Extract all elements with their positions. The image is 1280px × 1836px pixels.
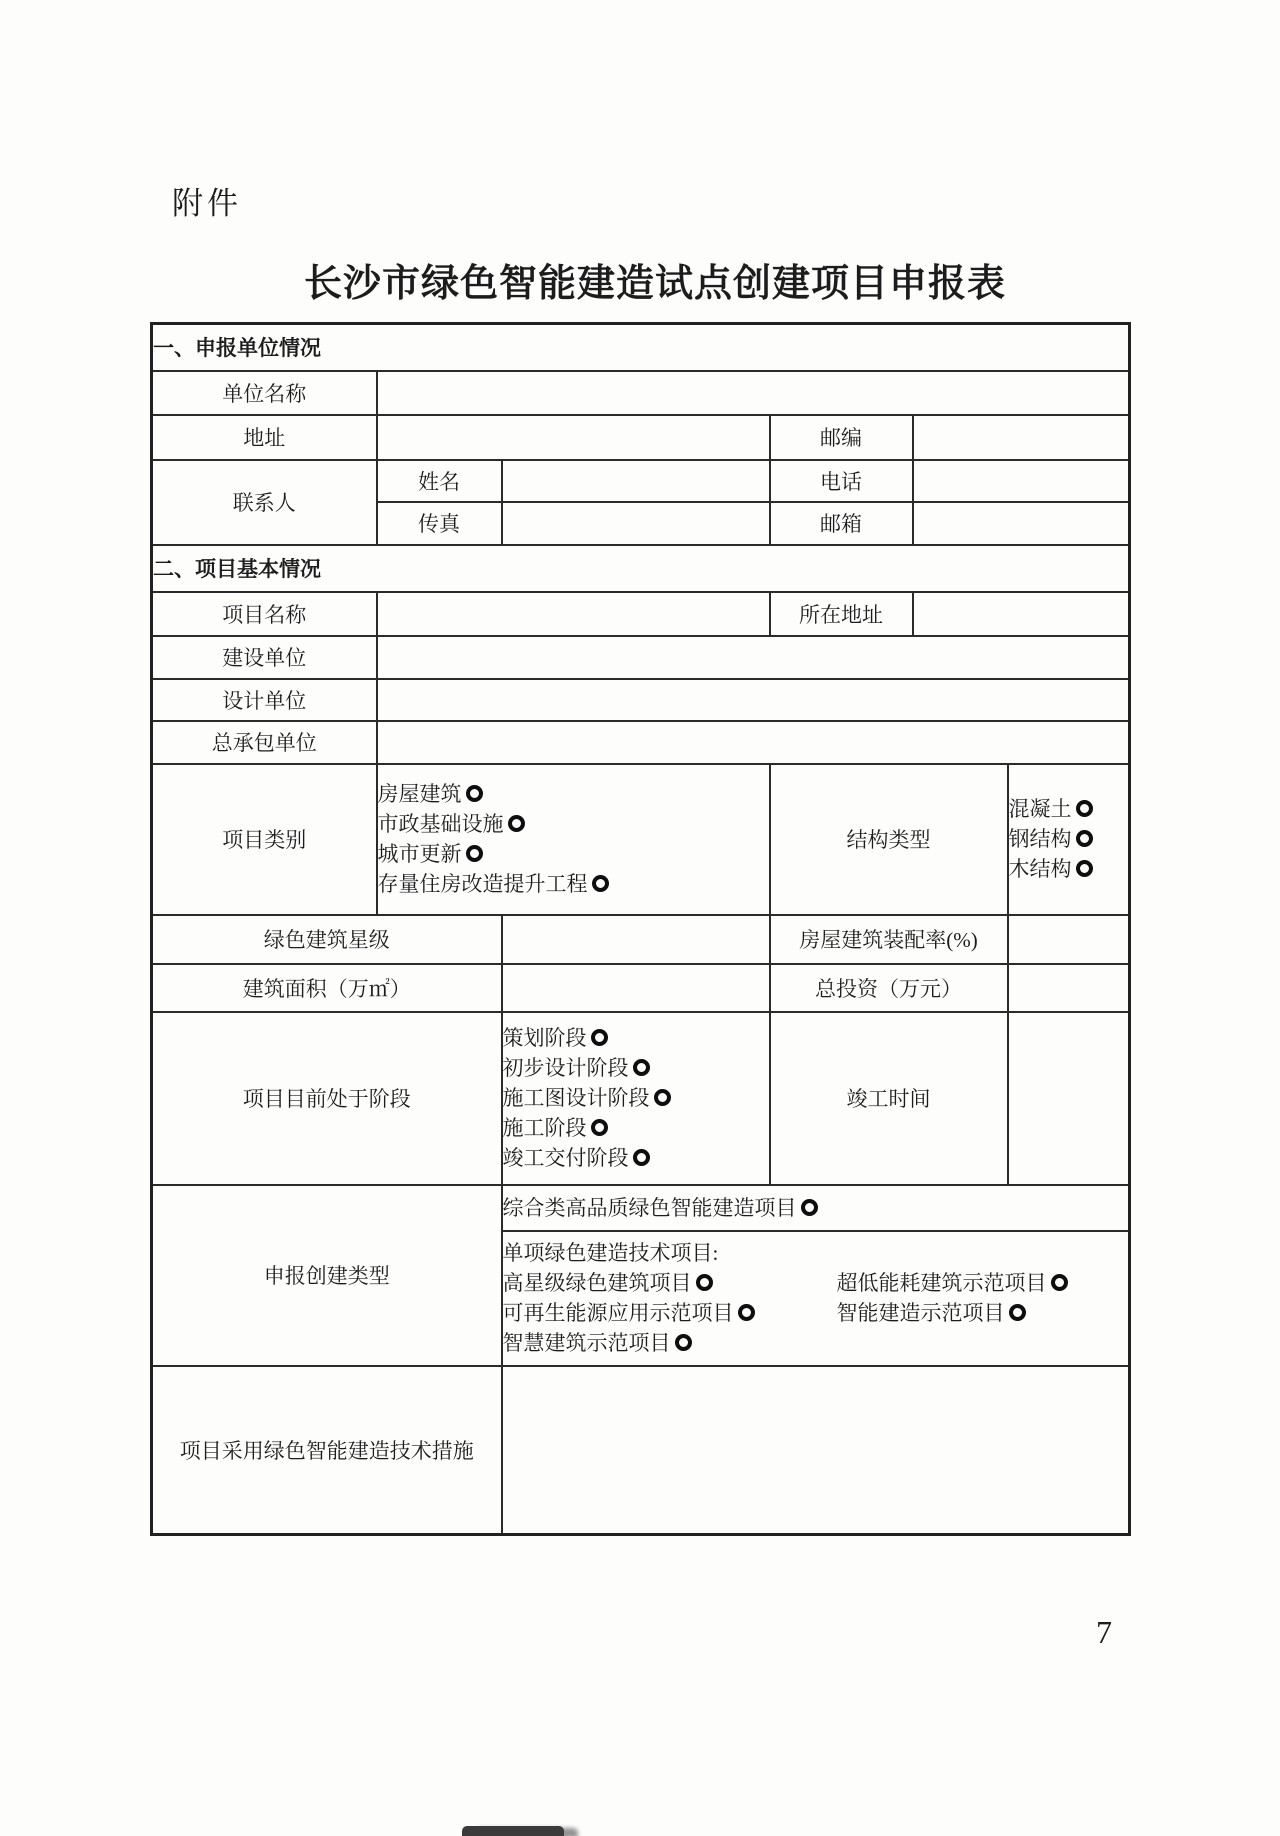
label-unit-name: 单位名称	[152, 371, 377, 415]
label-postcode: 邮编	[770, 415, 913, 460]
label-address: 地址	[152, 415, 377, 460]
input-cell-tech-measures	[502, 1366, 1130, 1535]
option-urban-renewal: 城市更新	[378, 839, 769, 869]
option-comprehensive-project: 综合类高品质绿色智能建造项目	[503, 1193, 1129, 1223]
option-municipal-infrastructure: 市政基础设施	[378, 809, 769, 839]
radio-circle-icon	[696, 1274, 713, 1291]
label-phone: 电话	[770, 460, 913, 502]
option-intelligent-construction-demo: 智能建造示范项目	[837, 1298, 1026, 1328]
label-location: 所在地址	[770, 592, 913, 636]
page-title: 长沙市绿色智能建造试点创建项目申报表	[150, 252, 1160, 307]
label-structure-type: 结构类型	[770, 764, 1008, 915]
label-building-area: 建筑面积（万㎡）	[152, 964, 502, 1012]
input-cell-prefab-rate	[1008, 915, 1130, 964]
scan-artifact	[462, 1826, 564, 1836]
attachment-label: 附件	[172, 178, 242, 223]
input-cell-building-area	[502, 964, 770, 1012]
label-application-type: 申报创建类型	[152, 1185, 502, 1366]
section1-header-row: 一、申报单位情况	[152, 324, 1130, 371]
application-type-comprehensive-cell: 综合类高品质绿色智能建造项目	[502, 1185, 1130, 1231]
input-cell-contact-name	[502, 460, 770, 502]
radio-circle-icon	[633, 1059, 650, 1076]
label-fax: 传真	[377, 502, 502, 545]
radio-circle-icon	[466, 785, 483, 802]
label-design-unit: 设计单位	[152, 679, 377, 721]
label-green-star: 绿色建筑星级	[152, 915, 502, 964]
label-current-stage: 项目目前处于阶段	[152, 1012, 502, 1185]
input-cell-green-star	[502, 915, 770, 964]
current-stage-row: 项目目前处于阶段 策划阶段 初步设计阶段 施工图设计阶段 施工阶段 竣工交付阶段…	[152, 1012, 1130, 1185]
radio-circle-icon	[508, 815, 525, 832]
label-email: 邮箱	[770, 502, 913, 545]
application-type-row-comprehensive: 申报创建类型 综合类高品质绿色智能建造项目	[152, 1185, 1130, 1231]
building-area-row: 建筑面积（万㎡） 总投资（万元）	[152, 964, 1130, 1012]
input-cell-unit-name	[377, 371, 1130, 415]
section1-header: 一、申报单位情况	[152, 324, 1130, 371]
radio-circle-icon	[738, 1304, 755, 1321]
radio-circle-icon	[591, 1119, 608, 1136]
radio-circle-icon	[1009, 1304, 1026, 1321]
radio-circle-icon	[654, 1089, 671, 1106]
radio-circle-icon	[466, 845, 483, 862]
contact-name-row: 联系人 姓名 电话	[152, 460, 1130, 502]
radio-circle-icon	[592, 875, 609, 892]
option-smart-building-demo: 智慧建筑示范项目	[503, 1328, 1129, 1358]
input-cell-total-investment	[1008, 964, 1130, 1012]
label-contact-name: 姓名	[377, 460, 502, 502]
application-type-single-cell: 单项绿色建造技术项目: 高星级绿色建筑项目 超低能耗建筑示范项目 可再生能源应用…	[502, 1231, 1130, 1366]
radio-circle-icon	[633, 1149, 650, 1166]
label-prefab-rate: 房屋建筑装配率(%)	[770, 915, 1008, 964]
option-construction-drawing-stage: 施工图设计阶段	[503, 1083, 769, 1113]
input-cell-design-unit	[377, 679, 1130, 721]
label-general-contractor: 总承包单位	[152, 721, 377, 764]
label-completion-time: 竣工时间	[770, 1012, 1008, 1185]
option-stock-housing-renovation: 存量住房改造提升工程	[378, 869, 769, 899]
green-star-row: 绿色建筑星级 房屋建筑装配率(%)	[152, 915, 1130, 964]
radio-circle-icon	[1076, 800, 1093, 817]
project-category-options: 房屋建筑 市政基础设施 城市更新 存量住房改造提升工程	[377, 764, 770, 915]
application-form-table: 一、申报单位情况 单位名称 地址 邮编 联系人 姓名 电话 传真 邮箱 二、项目…	[150, 322, 1131, 1536]
stage-options: 策划阶段 初步设计阶段 施工图设计阶段 施工阶段 竣工交付阶段	[502, 1012, 770, 1185]
label-project-name: 项目名称	[152, 592, 377, 636]
input-cell-completion-time	[1008, 1012, 1130, 1185]
radio-circle-icon	[801, 1199, 818, 1216]
general-contractor-row: 总承包单位	[152, 721, 1130, 764]
single-project-header: 单项绿色建造技术项目:	[503, 1238, 1129, 1268]
input-cell-fax	[502, 502, 770, 545]
page-number: 7	[1096, 1614, 1112, 1651]
input-cell-construction-unit	[377, 636, 1130, 679]
input-cell-phone	[913, 460, 1130, 502]
option-renewable-energy-demo: 可再生能源应用示范项目	[503, 1298, 837, 1328]
document-page: 附件 长沙市绿色智能建造试点创建项目申报表 一、申报单位情况 单位名称 地址 邮…	[0, 0, 1280, 1836]
project-name-row: 项目名称 所在地址	[152, 592, 1130, 636]
construction-unit-row: 建设单位	[152, 636, 1130, 679]
input-cell-general-contractor	[377, 721, 1130, 764]
project-category-row: 项目类别 房屋建筑 市政基础设施 城市更新 存量住房改造提升工程 结构类型 混凝…	[152, 764, 1130, 915]
option-preliminary-design-stage: 初步设计阶段	[503, 1053, 769, 1083]
option-wood-structure: 木结构	[1009, 854, 1129, 884]
option-high-star-green-building: 高星级绿色建筑项目	[503, 1268, 837, 1298]
input-cell-email	[913, 502, 1130, 545]
option-completion-delivery-stage: 竣工交付阶段	[503, 1143, 769, 1173]
section2-header: 二、项目基本情况	[152, 545, 1130, 592]
unit-name-row: 单位名称	[152, 371, 1130, 415]
radio-circle-icon	[1076, 830, 1093, 847]
section2-header-row: 二、项目基本情况	[152, 545, 1130, 592]
label-contact: 联系人	[152, 460, 377, 545]
option-steel-structure: 钢结构	[1009, 824, 1129, 854]
option-housing-construction: 房屋建筑	[378, 779, 769, 809]
option-ultra-low-energy-demo: 超低能耗建筑示范项目	[837, 1268, 1068, 1298]
radio-circle-icon	[1076, 860, 1093, 877]
input-cell-address	[377, 415, 770, 460]
radio-circle-icon	[675, 1334, 692, 1351]
label-tech-measures: 项目采用绿色智能建造技术措施	[152, 1366, 502, 1535]
structure-type-options: 混凝土 钢结构 木结构	[1008, 764, 1130, 915]
input-cell-postcode	[913, 415, 1130, 460]
option-concrete: 混凝土	[1009, 794, 1129, 824]
design-unit-row: 设计单位	[152, 679, 1130, 721]
radio-circle-icon	[591, 1029, 608, 1046]
input-cell-location	[913, 592, 1130, 636]
label-total-investment: 总投资（万元）	[770, 964, 1008, 1012]
tech-measures-row: 项目采用绿色智能建造技术措施	[152, 1366, 1130, 1535]
option-construction-stage: 施工阶段	[503, 1113, 769, 1143]
input-cell-project-name	[377, 592, 770, 636]
radio-circle-icon	[1051, 1274, 1068, 1291]
label-project-category: 项目类别	[152, 764, 377, 915]
label-construction-unit: 建设单位	[152, 636, 377, 679]
address-row: 地址 邮编	[152, 415, 1130, 460]
option-planning-stage: 策划阶段	[503, 1023, 769, 1053]
